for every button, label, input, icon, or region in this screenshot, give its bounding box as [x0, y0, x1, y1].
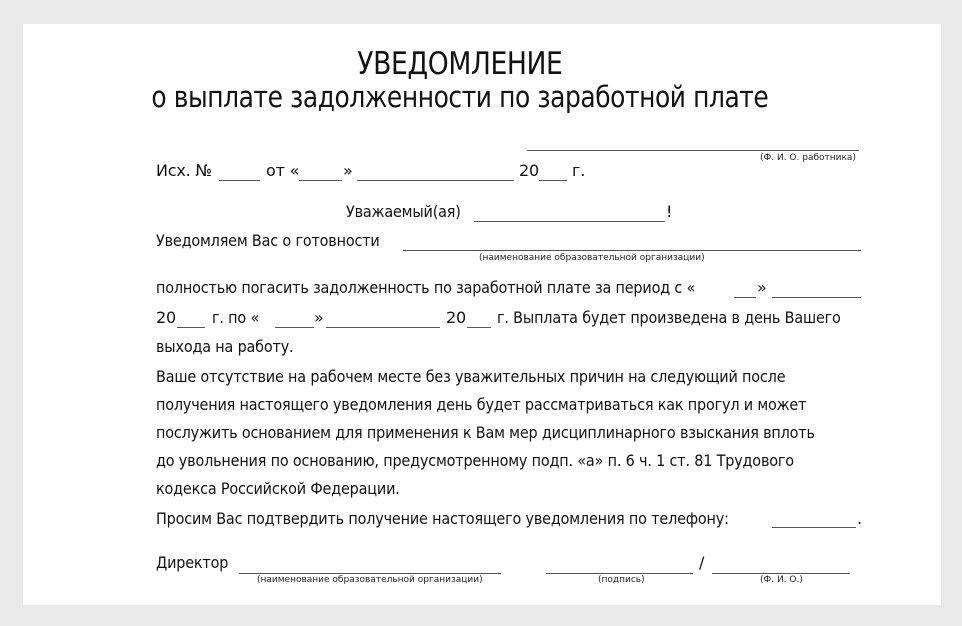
greeting-label: Уважаемый(ая) [346, 202, 461, 221]
document-subtitle: о выплате задолженности по заработной пл… [23, 80, 897, 114]
paragraph-line: послужить основанием для применения к Ва… [156, 423, 815, 442]
organization-caption: (наименование образовательной организаци… [479, 253, 705, 263]
period-to-text: г. по « [212, 308, 259, 327]
outgoing-year-suffix: г. [572, 161, 585, 180]
confirm-suffix: . [857, 509, 862, 528]
director-label: Директор [156, 553, 228, 572]
outgoing-year-prefix: 20 [519, 161, 539, 180]
period-start-text: полностью погасить задолженность по зара… [156, 278, 695, 297]
period-end-day-field[interactable] [275, 327, 314, 328]
greeting-suffix: ! [666, 202, 672, 221]
signature-separator: / [699, 553, 704, 572]
document-title: УВЕДОМЛЕНИЕ [23, 46, 897, 82]
phone-field[interactable] [772, 527, 856, 528]
greeting-name-field[interactable] [474, 221, 665, 222]
outgoing-quote-close: » [343, 161, 353, 180]
period-end-month-field[interactable] [326, 327, 440, 328]
outgoing-from-label: от « [266, 161, 299, 180]
paragraph-line: получения настоящего уведомления день бу… [156, 395, 806, 414]
paragraph-line: кодекса Российской Федерации. [156, 479, 400, 498]
period-start-day-field[interactable] [734, 297, 756, 298]
director-organization-field[interactable] [239, 573, 501, 574]
recipient-caption: (Ф. И. О. работника) [760, 153, 856, 163]
recipient-name-field[interactable] [527, 150, 859, 151]
notify-label: Уведомляем Вас о готовности [156, 231, 380, 250]
paragraph-line: Ваше отсутствие на рабочем месте без ува… [156, 367, 785, 386]
director-name-field[interactable] [712, 573, 850, 574]
paragraph-line: до увольнения по основанию, предусмотрен… [156, 451, 794, 470]
payment-text: г. Выплата будет произведена в день Ваше… [497, 308, 841, 327]
period-quote-close: » [757, 278, 767, 297]
signature-caption: (подпись) [598, 575, 645, 585]
signature-field[interactable] [546, 573, 693, 574]
organization-name-field[interactable] [403, 250, 861, 251]
return-text: выхода на работу. [156, 337, 293, 356]
outgoing-year-field[interactable] [539, 180, 567, 181]
period-quote-close-2: » [314, 308, 324, 327]
period-start-month-field[interactable] [772, 297, 861, 298]
confirm-text: Просим Вас подтвердить получение настоящ… [156, 509, 729, 528]
outgoing-number-field[interactable] [219, 180, 260, 181]
period-start-year-field[interactable] [177, 327, 205, 328]
director-organization-caption: (наименование образовательной организаци… [257, 575, 483, 585]
document-page: УВЕДОМЛЕНИЕ о выплате задолженности по з… [23, 24, 941, 605]
outgoing-month-field[interactable] [357, 180, 514, 181]
director-name-caption: (Ф. И. О.) [760, 575, 803, 585]
period-year-prefix-2: 20 [446, 308, 466, 327]
outgoing-day-field[interactable] [299, 180, 342, 181]
period-year-prefix-1: 20 [156, 308, 176, 327]
outgoing-no-label: Исх. № [156, 161, 212, 180]
period-end-year-field[interactable] [467, 327, 491, 328]
